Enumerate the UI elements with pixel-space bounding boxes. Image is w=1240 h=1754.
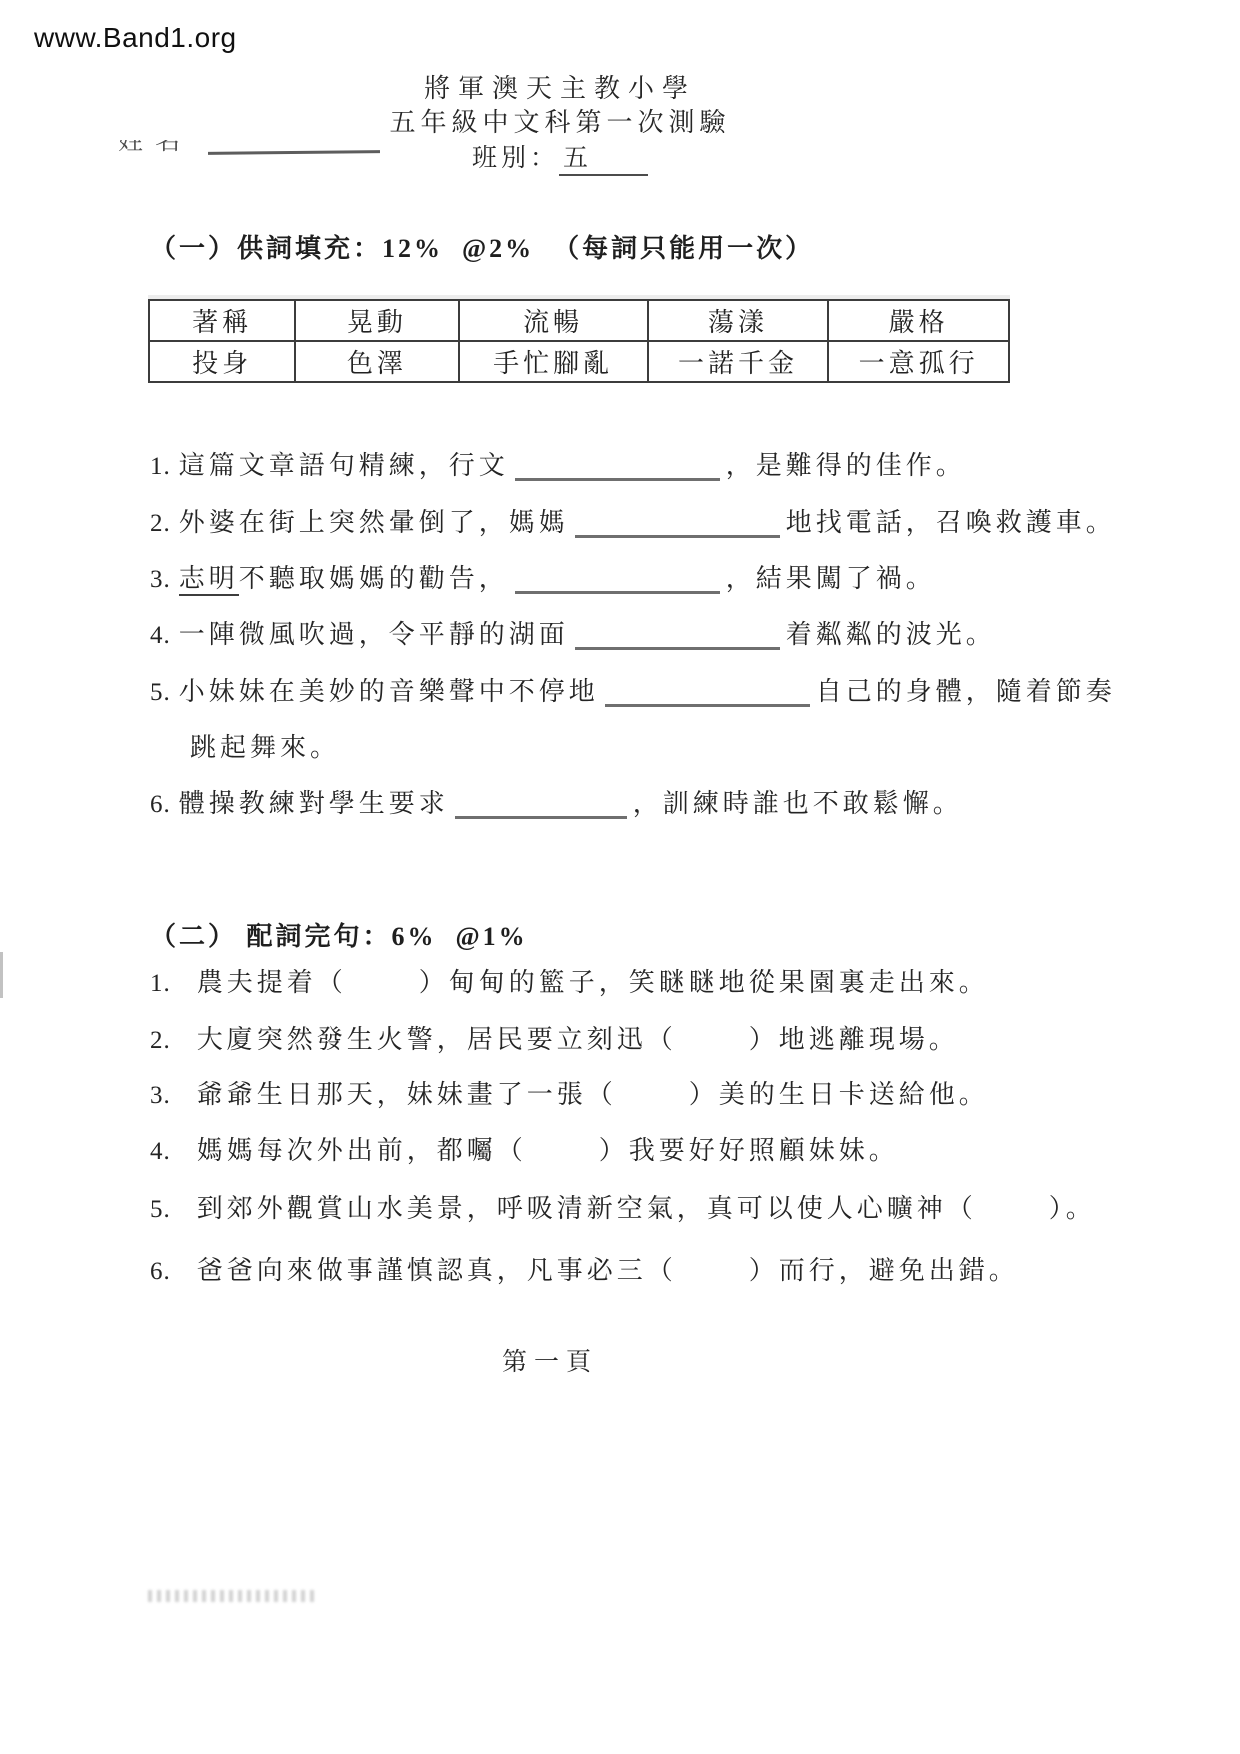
question-number: 5. xyxy=(150,1196,171,1223)
word-bank-cell: 蕩漾 xyxy=(648,300,829,341)
question-text: ，是難得的佳作。 xyxy=(726,451,966,480)
question-number: 2. xyxy=(150,1027,171,1054)
question-text: 農夫提着（ xyxy=(197,968,347,997)
question-text: ，結果闖了禍。 xyxy=(726,564,936,593)
s2-question-6: 6.爸爸向來做事謹慎認真，凡事必三（）而行，避免出錯。 xyxy=(150,1250,1019,1287)
school-name: 將軍澳天主教小學 xyxy=(0,68,1120,105)
exam-title: 五年級中文科第一次測驗 xyxy=(0,102,1120,139)
question-number: 1. xyxy=(150,970,171,997)
s2-question-3: 3.爺爺生日那天，妹妹畫了一張（）美的生日卡送給他。 xyxy=(150,1074,989,1111)
scanned-test-paper: { "watermark": "www.Band1.org", "header"… xyxy=(0,0,1240,1754)
question-text: 一陣微風吹過，令平靜的湖面 xyxy=(179,620,569,649)
section2-title: （二） 配詞完句：6% @1% xyxy=(150,916,528,953)
word-bank-table: 著稱 晃動 流暢 蕩漾 嚴格 投身 色澤 手忙腳亂 一諾千金 一意孤行 xyxy=(148,299,1010,383)
word-bank-cell: 一意孤行 xyxy=(828,341,1009,382)
question-text: 體操教練對學生要求 xyxy=(179,789,449,818)
s2-question-2: 2.大廈突然發生火警，居民要立刻迅（）地逃離現場。 xyxy=(150,1019,959,1056)
word-bank-cell: 投身 xyxy=(149,341,295,382)
answer-blank xyxy=(515,458,720,481)
answer-blank xyxy=(455,796,627,819)
question-text: ）美的生日卡送給他。 xyxy=(689,1080,989,1109)
question-text: 到郊外觀賞山水美景，呼吸清新空氣，真可以使人心曠神（ xyxy=(197,1194,977,1223)
question-text: 爸爸向來做事謹慎認真，凡事必三（ xyxy=(197,1256,677,1285)
question-text: ）地逃離現場。 xyxy=(749,1025,959,1054)
faint-cutoff-text xyxy=(148,1590,318,1602)
class-label: 班別： xyxy=(472,145,559,172)
s1-question-5-continuation: 跳起舞來。 xyxy=(190,727,340,764)
s1-question-3: 3.志明不聽取媽媽的勸告，，結果闖了禍。 xyxy=(150,558,936,595)
question-text: 自己的身體，隨着節奏 xyxy=(816,677,1116,706)
question-number: 3. xyxy=(150,1082,171,1109)
class-value: 五 xyxy=(559,145,648,176)
word-bank-cell: 手忙腳亂 xyxy=(459,341,648,382)
section1-title: （一）供詞填充：12% @2% （每詞只能用一次） xyxy=(150,228,814,265)
question-text: ，訓練時誰也不敢鬆懈。 xyxy=(633,789,963,818)
answer-blank xyxy=(575,515,780,538)
s1-question-1: 1.這篇文章語句精練，行文，是難得的佳作。 xyxy=(150,445,966,482)
question-number: 2. xyxy=(150,510,171,537)
name-label-cropped: 姓名 xyxy=(118,140,192,155)
question-number: 6. xyxy=(150,1258,171,1285)
word-bank-cell: 流暢 xyxy=(459,300,648,341)
word-bank-cell: 晃動 xyxy=(295,300,458,341)
name-fill-line xyxy=(208,150,380,155)
watermark-text: www.Band1.org xyxy=(34,22,237,54)
question-number: 1. xyxy=(150,453,171,480)
word-bank-cell: 色澤 xyxy=(295,341,458,382)
s1-question-5: 5.小妹妹在美妙的音樂聲中不停地自己的身體，隨着節奏 xyxy=(150,671,1116,708)
s2-question-4: 4.媽媽每次外出前，都囑（）我要好好照顧妹妹。 xyxy=(150,1130,899,1167)
question-text: 小妹妹在美妙的音樂聲中不停地 xyxy=(179,677,599,706)
answer-blank xyxy=(515,571,720,594)
word-bank-cell: 嚴格 xyxy=(828,300,1009,341)
question-number: 5. xyxy=(150,679,171,706)
question-text: 爺爺生日那天，妹妹畫了一張（ xyxy=(197,1080,617,1109)
question-text: ）甸甸的籃子，笑瞇瞇地從果園裏走出來。 xyxy=(419,968,989,997)
scan-edge-artifact xyxy=(0,952,3,998)
word-bank-cell: 一諾千金 xyxy=(648,341,829,382)
question-text: 這篇文章語句精練，行文 xyxy=(179,451,509,480)
s2-question-5: 5.到郊外觀賞山水美景，呼吸清新空氣，真可以使人心曠神（）。 xyxy=(150,1188,1096,1225)
page-number: 第一頁 xyxy=(0,1342,1100,1378)
answer-blank xyxy=(605,684,810,707)
word-bank-row: 著稱 晃動 流暢 蕩漾 嚴格 xyxy=(149,300,1009,341)
question-text: 外婆在街上突然暈倒了，媽媽 xyxy=(179,508,569,537)
name-field-row: 姓名 xyxy=(118,140,380,155)
s1-question-2: 2.外婆在街上突然暈倒了，媽媽地找電話，召喚救護車。 xyxy=(150,502,1116,539)
word-bank-cell: 著稱 xyxy=(149,300,295,341)
name-label-text: 姓名 xyxy=(118,140,192,154)
s1-question-4: 4.一陣微風吹過，令平靜的湖面着粼粼的波光。 xyxy=(150,614,996,651)
answer-blank xyxy=(575,627,780,650)
underlined-name: 志明 xyxy=(179,564,239,596)
question-text: 不聽取媽媽的勸告， xyxy=(239,564,509,593)
question-text: ）我要好好照顧妹妹。 xyxy=(599,1136,899,1165)
question-text: 大廈突然發生火警，居民要立刻迅（ xyxy=(197,1025,677,1054)
question-text: 地找電話，召喚救護車。 xyxy=(786,508,1116,537)
s1-question-6: 6.體操教練對學生要求，訓練時誰也不敢鬆懈。 xyxy=(150,783,963,820)
question-text: 着粼粼的波光。 xyxy=(786,620,996,649)
question-text: ）而行，避免出錯。 xyxy=(749,1256,1019,1285)
question-number: 4. xyxy=(150,1138,171,1165)
question-text: ）。 xyxy=(1049,1194,1096,1223)
word-bank-row: 投身 色澤 手忙腳亂 一諾千金 一意孤行 xyxy=(149,341,1009,382)
question-number: 6. xyxy=(150,791,171,818)
question-number: 4. xyxy=(150,622,171,649)
question-number: 3. xyxy=(150,566,171,593)
question-text: 媽媽每次外出前，都囑（ xyxy=(197,1136,527,1165)
s2-question-1: 1.農夫提着（）甸甸的籃子，笑瞇瞇地從果園裏走出來。 xyxy=(150,962,989,999)
